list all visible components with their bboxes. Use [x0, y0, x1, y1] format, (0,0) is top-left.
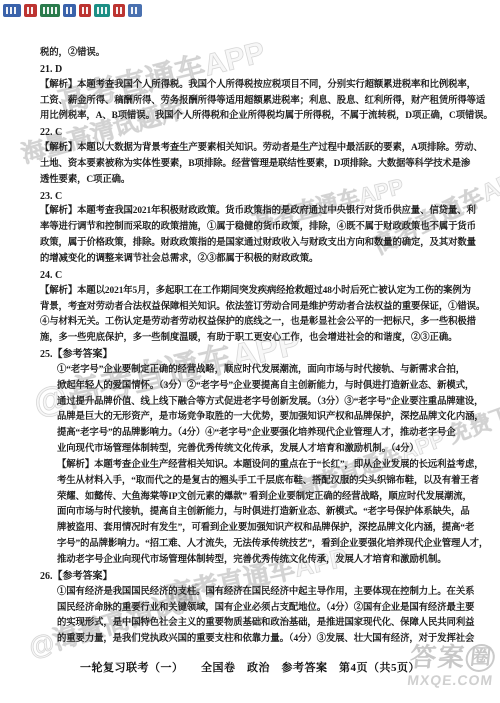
answer-line: 土地、资本要素被称为实体性要素，B项排除。经营管理是联结性要素，D项排除。大数据…	[40, 157, 496, 173]
answer-text-block: 税的，②错误。 21. D 【解析】本题考查我国个人所得税。我国个人所得税按应税…	[40, 46, 496, 648]
answer-line: ①国有经济是我国国民经济的支柱。国有经济在国民经济中起主导作用，主要体现在控制力…	[57, 585, 496, 601]
tag-chip-icon	[113, 4, 125, 17]
answer-line: 牌被盗用、套用情况时有发生”，可看到企业要加强知识产权和品牌保护，深挖品牌文化内…	[57, 521, 496, 537]
answer-line: 的实现形式，是中国特色社会主义的重要物质基础和政治基础，是推进国家现代化、保障人…	[57, 616, 496, 632]
answer-number-line: 26.【参考答案】	[40, 569, 496, 585]
answer-line: 业向现代市场管理体制转型，完善优秀传统文化传承，发展人才培育和激励机制。（4分）	[57, 442, 496, 458]
answer-number-line: 24. C	[40, 268, 496, 284]
answer-line: 率等进行调节和控制而采取的政策措施，①属于稳健的货币政策，排除，④既不属于财政政…	[40, 220, 496, 236]
answer-line: 字号”的品牌影响力。“招工难、人才流失，无法传承传统技艺”，看到企业要强化培养现…	[57, 537, 496, 553]
answer-line: ①“老字号”企业要制定正确的经营战略，顺应时代发展潮流，面向市场与时代接轨、与新…	[57, 363, 496, 379]
answer-line: 施，多一些兜底保护，多一些制度温暖，有助于职工更安心工作，也会增进社会的和谐度，…	[40, 331, 496, 347]
answer-line: ④与材料无关。工伤认定是劳动者劳动权益保护的底线之一，也是彰显社会公平的一把标尺…	[40, 315, 496, 331]
answer-line: 掀起年轻人的爱国情怀。（3分）②“老字号”企业要提高自主创新能力，与时俱进打造新…	[57, 379, 496, 395]
answer-line: 的增减变化的调整来调节社会总需求，②③都属于积极的财政政策。	[40, 252, 496, 268]
tag-chip-icon	[24, 4, 37, 17]
answer-line: 品牌是巨大的无形资产，是市场竞争取胜的一大优势，要加强知识产权和品牌保护，深挖品…	[57, 410, 496, 426]
answer-line: 荣耀、如懿传、大鱼海棠等IP文创元素的爆款” 看到企业要制定正确的经营战略，顺应…	[57, 490, 496, 506]
answer-line: 提高“老字号”的品牌影响力。（4分）④“老字号”企业要强化培养现代企业管理人才，…	[57, 426, 496, 442]
answer-line: 背景，考查对劳动者合法权益保障相关知识。依法签订劳动合同是维护劳动者合法权益的重…	[40, 300, 496, 316]
tag-chip-icon	[63, 4, 76, 17]
tag-chip-icon	[3, 4, 21, 17]
answer-line: 面向市场与时代接轨，提高自主创新能力，与时俱进打造新业态、新模式。“老字号保护体…	[57, 505, 496, 521]
answer-line: 通过提升品牌价值、线上线下融合等方式促进老字号创新发展。（3分）③“老字号”企业…	[57, 395, 496, 411]
tag-chip-icon	[94, 4, 110, 17]
tag-chip-icon	[79, 4, 91, 17]
answer-line: 政策，属于价格政策，排除。财政政策指的是国家通过财政收入与财政支出方向和数量的确…	[40, 236, 496, 252]
answer-number-line: 23. C	[40, 189, 496, 205]
tag-chip-icon	[40, 4, 60, 17]
answer-line: 用比例税率，A、B项错误。我国个人所得税和企业所得税均属于所得税，不属于流转税，…	[40, 109, 496, 125]
answer-line: 【解析】本题考查企业生产经营相关知识。本题设问的重点在于“长红”，即从企业发展的…	[57, 458, 496, 474]
answer-line: 透性要素，C项正确。	[40, 173, 496, 189]
answer-number-line: 22. C	[40, 125, 496, 141]
answer-line: 推动老字号企业向现代市场管理体制转型，完善优秀传统文化传承，发展人才培育和激励机…	[57, 553, 496, 569]
answer-number-line: 21. D	[40, 62, 496, 78]
document-page: 高考直通车APP 海量高清试题库 高考直通车APP 高考直通车APP 免费下载 …	[0, 0, 500, 703]
answer-line: 考生从材料入手，“取而代之的是复古的翘头手工千层底布鞋、搭配汉服的尖头织锦布鞋，…	[57, 474, 496, 490]
answer-line: 税的，②错误。	[40, 46, 496, 62]
answer-line: 【解析】本题以大数据为背景考查生产要素相关知识。劳动者是生产过程中最活跃的要素，…	[40, 141, 496, 157]
header-tag-chips	[3, 4, 142, 17]
answer-line: 【解析】本题考查我国2021年积极财政政策。货币政策指的是政府通过中央银行对货币…	[40, 204, 496, 220]
answer-line: 【解析】本题考查我国个人所得税。我国个人所得税按应税项目不同，分别实行超额累进税…	[40, 78, 496, 94]
answer-line: 工资、薪金所得、稿酬所得、劳务报酬所得等适用超额累进税率；利息、股息、红利所得，…	[40, 94, 496, 110]
answer-line: 国民经济命脉的重要行业和关键领域，国有企业必须占支配地位。（4分）②国有企业是国…	[57, 601, 496, 617]
answer-line: 【解析】本题以2021年5月，多起职工在工作期间突发疾病经抢救超过48小时后死亡…	[40, 284, 496, 300]
page-footer: 一轮复习联考（一） 全国卷 政治 参考答案 第4页（共5页）	[0, 659, 500, 675]
answer-number-line: 25.【参考答案】	[40, 347, 496, 363]
tag-chip-icon	[128, 4, 142, 17]
